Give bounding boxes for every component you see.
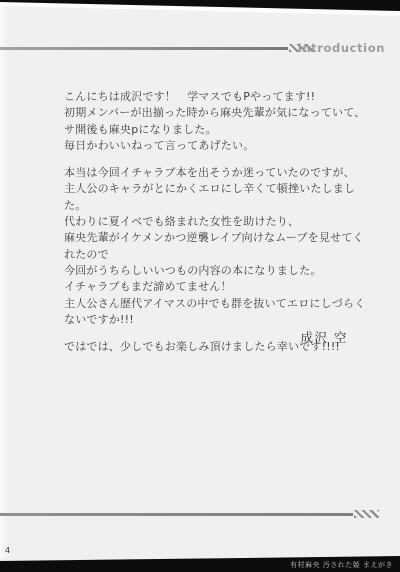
introduction-text: こんにちは成沢です！ 学マスでもPやってます!! 初期メンバーが出揃った時から麻… xyxy=(64,89,374,366)
footer-hatch-marks-icon xyxy=(354,510,379,518)
bottom-black-bar: 有村麻央 汚された姫 まえがき xyxy=(0,554,400,572)
section-title: Introduction xyxy=(298,41,386,55)
header-rule xyxy=(0,47,288,50)
author-signature: 成沢 空 xyxy=(301,328,348,346)
footer-rule xyxy=(0,513,353,516)
page-left-edge xyxy=(0,3,8,558)
page-number: 4 xyxy=(5,547,10,555)
scanned-page: Introduction こんにちは成沢です！ 学マスでもPやってます!! 初期… xyxy=(0,0,400,572)
footer-caption: 有村麻央 汚された姫 まえがき xyxy=(290,558,400,569)
